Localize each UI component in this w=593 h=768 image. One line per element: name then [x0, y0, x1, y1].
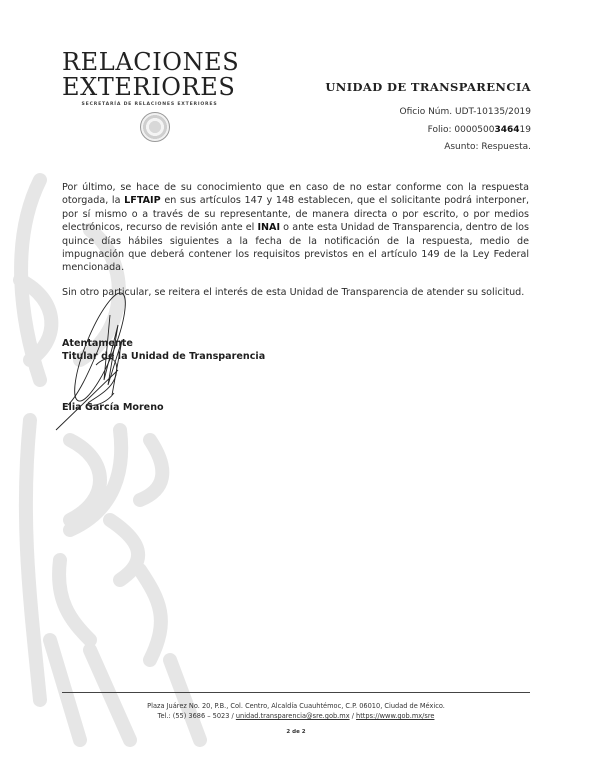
- logo-line-1: RELACIONES: [62, 50, 237, 75]
- footer-divider: [62, 692, 530, 693]
- handwritten-signature: [48, 285, 188, 435]
- unit-title: UNIDAD DE TRANSPARENCIA: [325, 80, 531, 94]
- logo-subtitle: SECRETARÍA DE RELACIONES EXTERIORES: [62, 102, 237, 107]
- footer-address: Plaza Juárez No. 20, P.B., Col. Centro, …: [62, 702, 530, 710]
- paragraph-appeal-notice: Por último, se hace de su conocimiento q…: [62, 181, 529, 275]
- website-link[interactable]: https://www.gob.mx/sre: [356, 712, 434, 720]
- oficio-number: Oficio Núm. UDT-10135/2019: [400, 107, 532, 117]
- coat-of-arms-seal-icon: [140, 112, 170, 142]
- subject-line: Asunto: Respuesta.: [444, 142, 531, 152]
- footer-contact: Tel.: (55) 3686 – 5023 / unidad.transpar…: [62, 712, 530, 720]
- page-number: 2 de 2: [62, 729, 530, 735]
- email-link[interactable]: unidad.transparencia@sre.gob.mx: [236, 712, 350, 720]
- logo-line-2: EXTERIORES: [62, 75, 237, 100]
- sre-logo: RELACIONES EXTERIORES SECRETARÍA DE RELA…: [62, 50, 237, 107]
- folio-number: Folio: 0000500346419: [428, 125, 531, 135]
